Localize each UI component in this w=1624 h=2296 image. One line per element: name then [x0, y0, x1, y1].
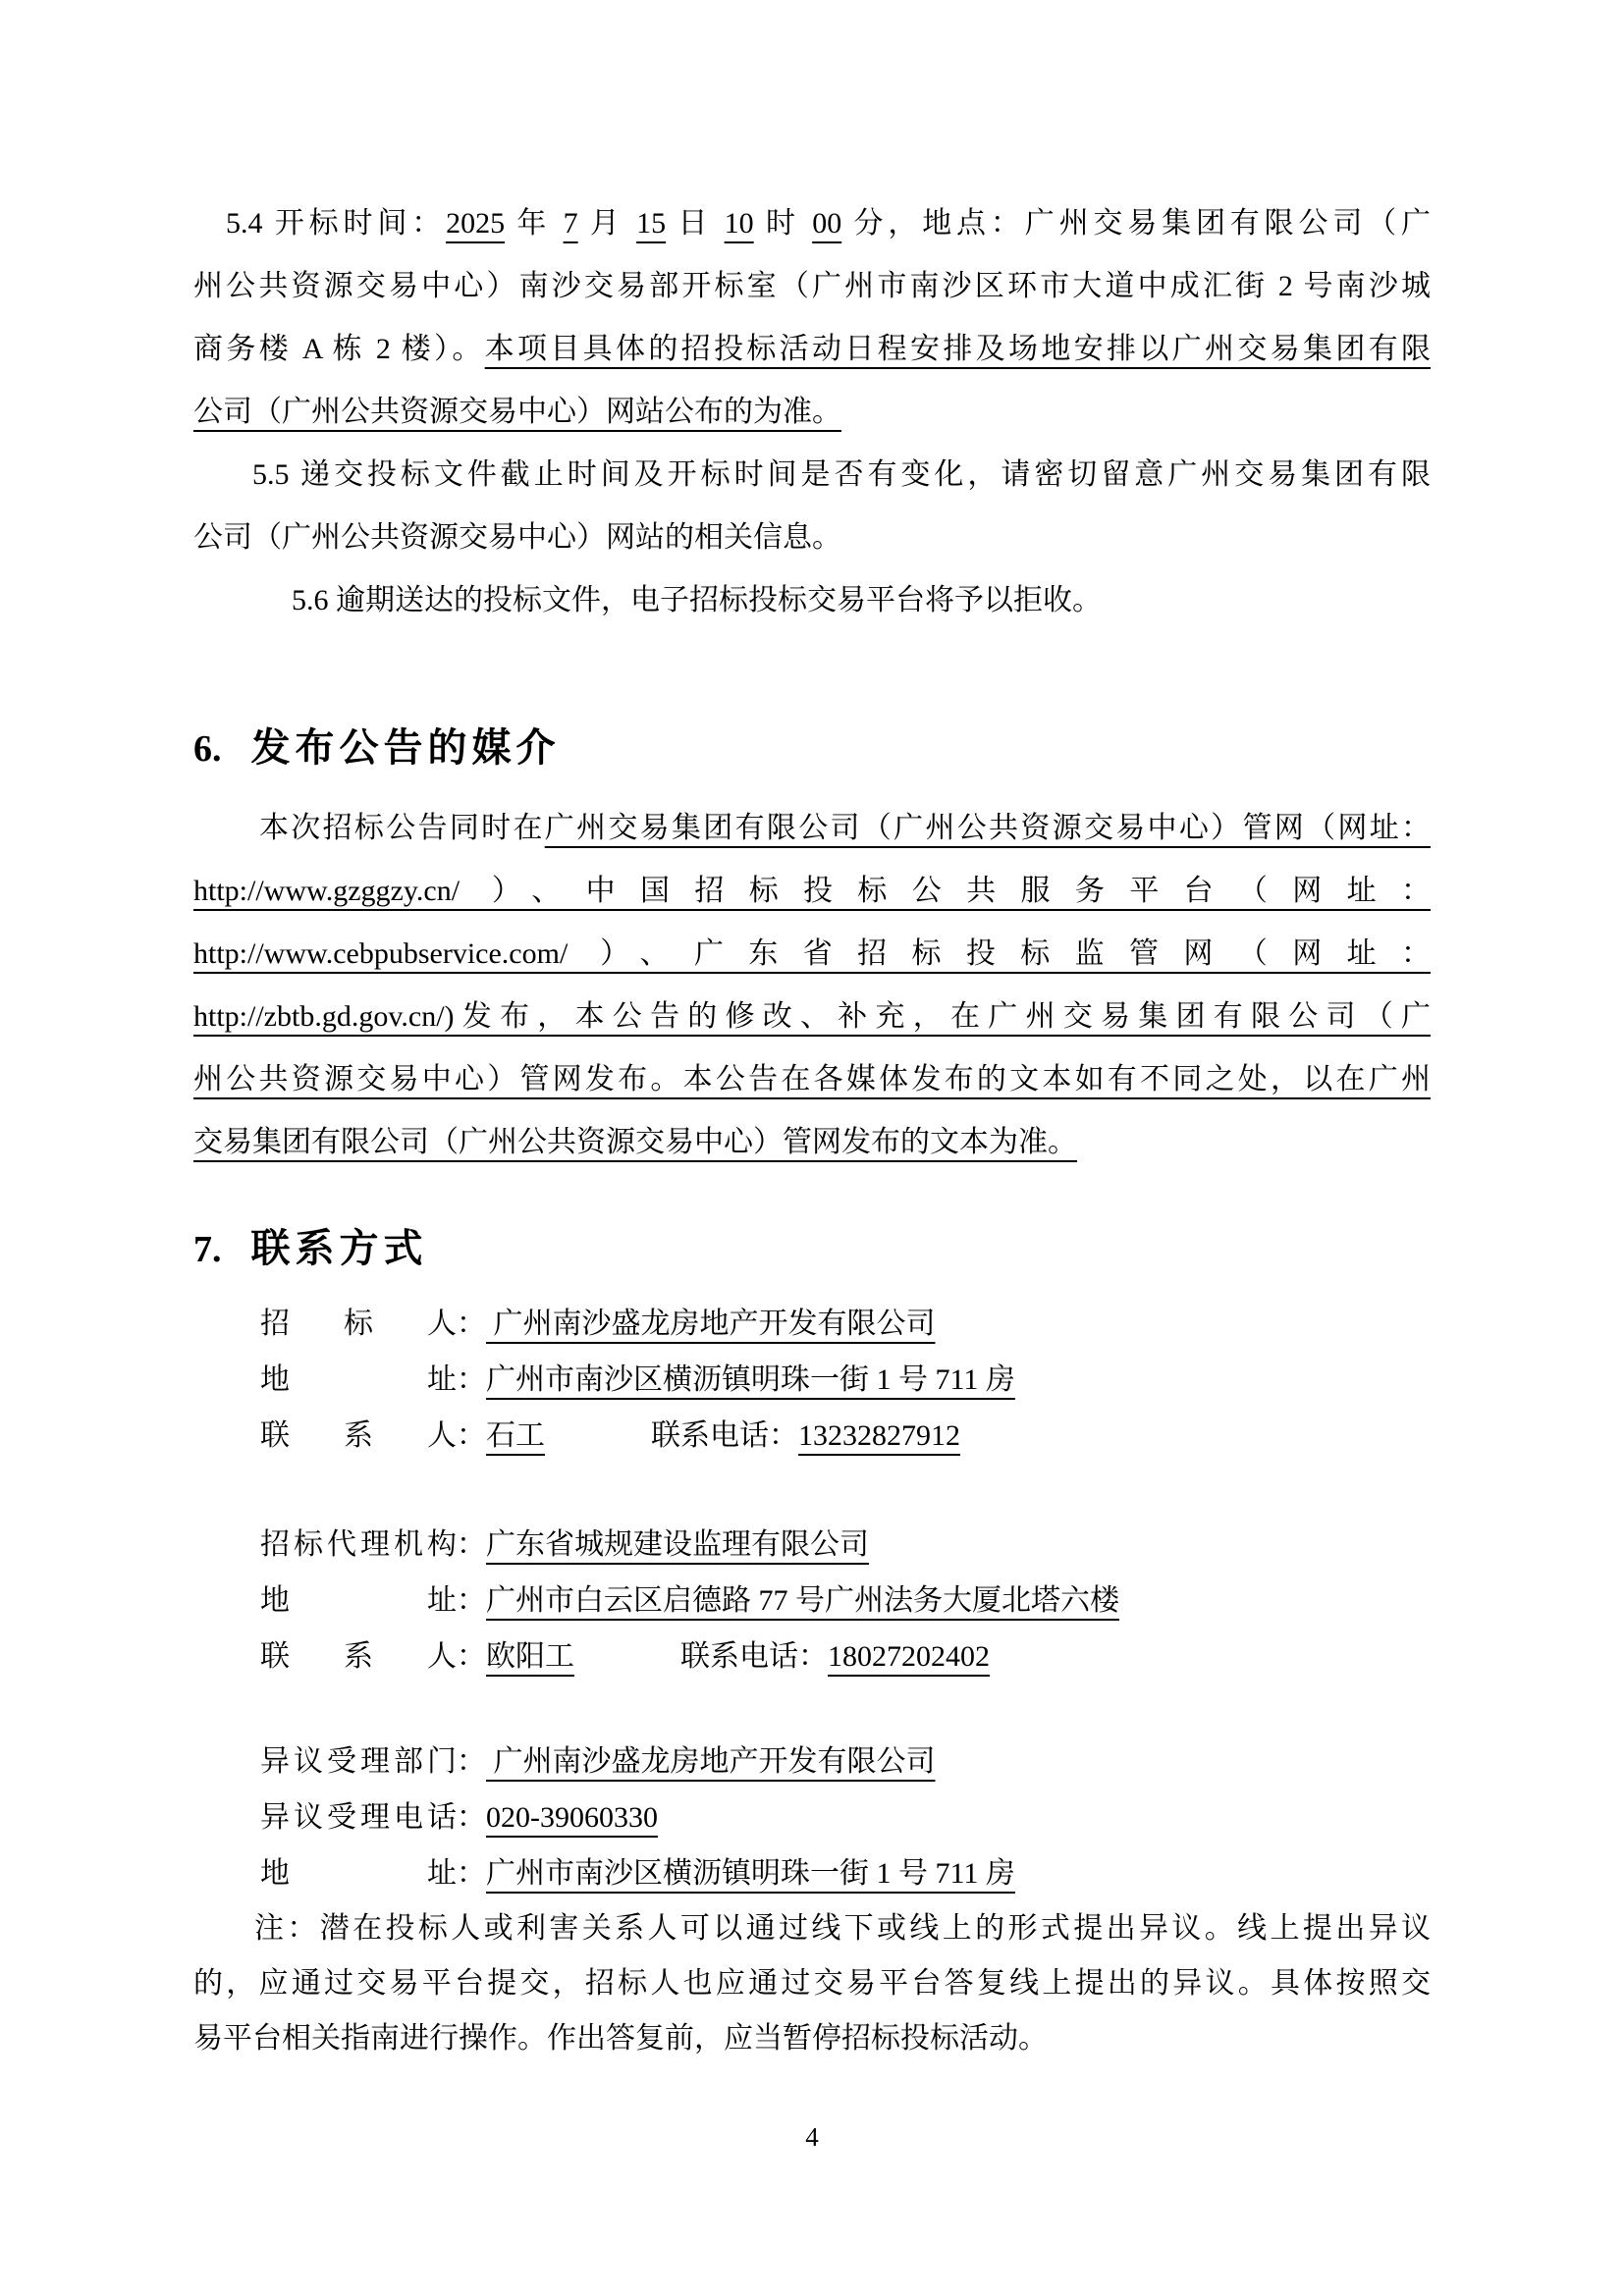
- underlined-text: 广东省城规建设监理有限公司: [486, 1528, 869, 1561]
- contact-colon: ：: [457, 1640, 486, 1673]
- section-6-heading: 6.发布公告的媒介: [193, 721, 1431, 779]
- text-line: http://www.gzggzy.cn/ ）、中国招标投标公共服务平台（网址：: [193, 860, 1431, 923]
- paragraph-media: 本次招标公告同时在广州交易集团有限公司（广州公共资源交易中心）管网（网址：htt…: [193, 797, 1431, 1174]
- underlined-text: 广州市白云区启德路 77 号广州法务大厦北塔六楼: [486, 1584, 1119, 1617]
- text-line: 5.5 递交投标文件截止时间及开标时间是否有变化，请密切留意广州交易集团有限: [193, 444, 1431, 507]
- underlined-text: 10: [725, 207, 754, 240]
- text-run: 本次招标公告同时在: [259, 812, 545, 844]
- contact-phone-value: 18027202402: [828, 1640, 990, 1673]
- contact-colon: ：: [457, 1584, 486, 1617]
- contact-label: 地址: [260, 1352, 457, 1408]
- contact-colon: ：: [457, 1419, 486, 1452]
- underlined-text: 广州南沙盛龙房地产开发有限公司: [486, 1308, 936, 1340]
- contact-row-address: 地址：广州市南沙区横沥镇明珠一街 1 号 711 房: [193, 1845, 1431, 1901]
- contact-value: 石工: [486, 1419, 545, 1452]
- text-run: 商务楼 A 栋 2 楼）。: [193, 333, 485, 365]
- underlined-text: 2025: [446, 207, 505, 240]
- contact-value: 广州南沙盛龙房地产开发有限公司: [486, 1308, 936, 1340]
- underlined-text: 13232827912: [798, 1419, 960, 1452]
- text-run: 分，地点：广州交易集团有限公司（广: [841, 207, 1431, 240]
- paragraph-note: 注：潜在投标人或利害关系人可以通过线下或线上的形式提出异议。线上提出异议的，应通…: [193, 1901, 1431, 2066]
- text-run: 月: [578, 207, 637, 240]
- contact-row-address: 地址：广州市南沙区横沥镇明珠一街 1 号 711 房: [193, 1352, 1431, 1408]
- contact-colon: ：: [457, 1528, 486, 1561]
- underlined-text: 7: [564, 207, 578, 240]
- underlined-text: 15: [636, 207, 666, 240]
- underlined-text: 020-39060330: [486, 1801, 658, 1834]
- contact-colon: ：: [457, 1857, 486, 1890]
- contact-row-address: 地址：广州市白云区启德路 77 号广州法务大厦北塔六楼: [193, 1573, 1431, 1629]
- text-line: 商务楼 A 栋 2 楼）。本项目具体的招投标活动日程安排及场地安排以广州交易集团…: [193, 318, 1431, 381]
- contact-phone-label: 联系电话：: [680, 1640, 828, 1673]
- contact-value: 欧阳工: [486, 1640, 574, 1673]
- contact-row-objection-phone: 异议受理电话：020-39060330: [193, 1789, 1431, 1845]
- underlined-text: 广州交易集团有限公司（广州公共资源交易中心）管网（网址：: [545, 812, 1431, 844]
- contact-phone-label: 联系电话：: [651, 1419, 798, 1452]
- text-run: 注：潜在投标人或利害关系人可以通过线下或线上的形式提出异议。线上提出异议: [254, 1912, 1431, 1945]
- underlined-text: 州公共资源交易中心）管网发布。本公告在各媒体发布的文本如有不同之处，以在广州: [193, 1063, 1431, 1095]
- text-run: 5.6 逾期送达的投标文件，电子招标投标交易平台将予以拒收。: [292, 584, 1102, 616]
- section-7-heading: 7.联系方式: [193, 1221, 1431, 1280]
- contact-phone-value: 13232827912: [798, 1419, 960, 1452]
- section-6-title: 发布公告的媒介: [251, 726, 561, 770]
- text-run: 时: [754, 207, 813, 240]
- text-line: 5.4 开标时间：2025 年 7 月 15 日 10 时 00 分，地点：广州…: [193, 192, 1431, 255]
- contact-value: 广州市南沙区横沥镇明珠一街 1 号 711 房: [486, 1363, 1015, 1396]
- contact-label: 招标人: [260, 1296, 457, 1352]
- text-line: 易平台相关指南进行操作。作出答复前，应当暂停招标投标活动。: [193, 2011, 1431, 2066]
- underlined-text: 欧阳工: [486, 1640, 574, 1673]
- text-line: 交易集团有限公司（广州公共资源交易中心）管网发布的文本为准。: [193, 1111, 1431, 1174]
- contact-value: 广州南沙盛龙房地产开发有限公司: [486, 1745, 936, 1778]
- text-line: 5.6 逾期送达的投标文件，电子招标投标交易平台将予以拒收。: [193, 569, 1431, 632]
- contact-colon: ：: [457, 1745, 486, 1778]
- underlined-text: http://www.cebpubservice.com/ ）、广东省招标投标监…: [193, 937, 1431, 970]
- section-7-number: 7.: [193, 1229, 222, 1270]
- underlined-text: 00: [812, 207, 841, 240]
- text-line: 注：潜在投标人或利害关系人可以通过线下或线上的形式提出异议。线上提出异议: [193, 1901, 1431, 1956]
- text-run: 5.4 开标时间：: [226, 207, 446, 240]
- contact-value: 广州市白云区启德路 77 号广州法务大厦北塔六楼: [486, 1584, 1119, 1617]
- section-7-title: 联系方式: [251, 1227, 428, 1270]
- contact-row-objection-dept: 异议受理部门： 广州南沙盛龙房地产开发有限公司: [193, 1734, 1431, 1789]
- contact-label: 异议受理部门: [260, 1734, 457, 1789]
- text-run: 易平台相关指南进行操作。作出答复前，应当暂停招标投标活动。: [193, 2022, 1048, 2055]
- paragraph-5-6: 5.6 逾期送达的投标文件，电子招标投标交易平台将予以拒收。: [193, 569, 1431, 632]
- contacts-block: 招标人： 广州南沙盛龙房地产开发有限公司 地址：广州市南沙区横沥镇明珠一街 1 …: [193, 1296, 1431, 1901]
- contact-label: 异议受理电话: [260, 1789, 457, 1845]
- contact-value: 广东省城规建设监理有限公司: [486, 1528, 869, 1561]
- text-line: 本次招标公告同时在广州交易集团有限公司（广州公共资源交易中心）管网（网址：: [193, 797, 1431, 860]
- underlined-text: 公司（广州公共资源交易中心）网站公布的为准。: [193, 396, 841, 428]
- text-line: 州公共资源交易中心）南沙交易部开标室（广州市南沙区环市大道中成汇街 2 号南沙城: [193, 255, 1431, 318]
- underlined-text: 广州市南沙区横沥镇明珠一街 1 号 711 房: [486, 1857, 1015, 1890]
- underlined-text: http://www.gzggzy.cn/ ）、中国招标投标公共服务平台（网址：: [193, 875, 1431, 907]
- text-run: 5.5 递交投标文件截止时间及开标时间是否有变化，请密切留意广州交易集团有限: [252, 458, 1431, 491]
- contact-colon: ：: [457, 1308, 486, 1340]
- contact-label: 联系人: [260, 1629, 457, 1684]
- text-run: 州公共资源交易中心）南沙交易部开标室（广州市南沙区环市大道中成汇街 2 号南沙城: [193, 270, 1431, 302]
- contact-value: 广州市南沙区横沥镇明珠一街 1 号 711 房: [486, 1857, 1015, 1890]
- underlined-text: 交易集团有限公司（广州公共资源交易中心）管网发布的文本为准。: [193, 1126, 1077, 1158]
- contact-label: 招标代理机构: [260, 1517, 457, 1573]
- contact-colon: ：: [457, 1801, 486, 1834]
- contact-row-person: 联系人：石工联系电话：13232827912: [193, 1408, 1431, 1464]
- document-page: 5.4 开标时间：2025 年 7 月 15 日 10 时 00 分，地点：广州…: [0, 0, 1624, 2296]
- contact-colon: ：: [457, 1363, 486, 1396]
- text-line: 公司（广州公共资源交易中心）网站公布的为准。: [193, 381, 1431, 444]
- section-6-number: 6.: [193, 728, 222, 770]
- underlined-text: 本项目具体的招投标活动日程安排及场地安排以广州交易集团有限: [485, 333, 1431, 365]
- contact-label: 地址: [260, 1845, 457, 1901]
- page-number: 4: [0, 2122, 1624, 2153]
- text-line: 州公共资源交易中心）管网发布。本公告在各媒体发布的文本如有不同之处，以在广州: [193, 1048, 1431, 1111]
- text-line: http://zbtb.gd.gov.cn/)发布，本公告的修改、补充，在广州交…: [193, 986, 1431, 1048]
- text-run: 公司（广州公共资源交易中心）网站的相关信息。: [193, 521, 841, 554]
- underlined-text: 石工: [486, 1419, 545, 1452]
- contact-label: 联系人: [260, 1408, 457, 1464]
- underlined-text: 18027202402: [828, 1640, 990, 1673]
- text-run: 的，应通过交易平台提交，招标人也应通过交易平台答复线上提出的异议。具体按照交: [193, 1967, 1431, 2000]
- text-run: 日: [666, 207, 725, 240]
- contact-row-tenderer: 招标人： 广州南沙盛龙房地产开发有限公司: [193, 1296, 1431, 1352]
- text-line: http://www.cebpubservice.com/ ）、广东省招标投标监…: [193, 923, 1431, 986]
- underlined-text: 广州南沙盛龙房地产开发有限公司: [486, 1745, 936, 1778]
- underlined-text: http://zbtb.gd.gov.cn/)发布，本公告的修改、补充，在广州交…: [193, 1000, 1431, 1033]
- text-line: 的，应通过交易平台提交，招标人也应通过交易平台答复线上提出的异议。具体按照交: [193, 1956, 1431, 2011]
- contact-row-person: 联系人：欧阳工联系电话：18027202402: [193, 1629, 1431, 1684]
- text-run: 年: [505, 207, 564, 240]
- underlined-text: 广州市南沙区横沥镇明珠一街 1 号 711 房: [486, 1363, 1015, 1396]
- text-line: 公司（广州公共资源交易中心）网站的相关信息。: [193, 507, 1431, 569]
- contact-value: 020-39060330: [486, 1801, 658, 1834]
- paragraph-5-4: 5.4 开标时间：2025 年 7 月 15 日 10 时 00 分，地点：广州…: [193, 192, 1431, 444]
- paragraph-5-5: 5.5 递交投标文件截止时间及开标时间是否有变化，请密切留意广州交易集团有限公司…: [193, 444, 1431, 569]
- contact-row-agency: 招标代理机构：广东省城规建设监理有限公司: [193, 1517, 1431, 1573]
- contact-label: 地址: [260, 1573, 457, 1629]
